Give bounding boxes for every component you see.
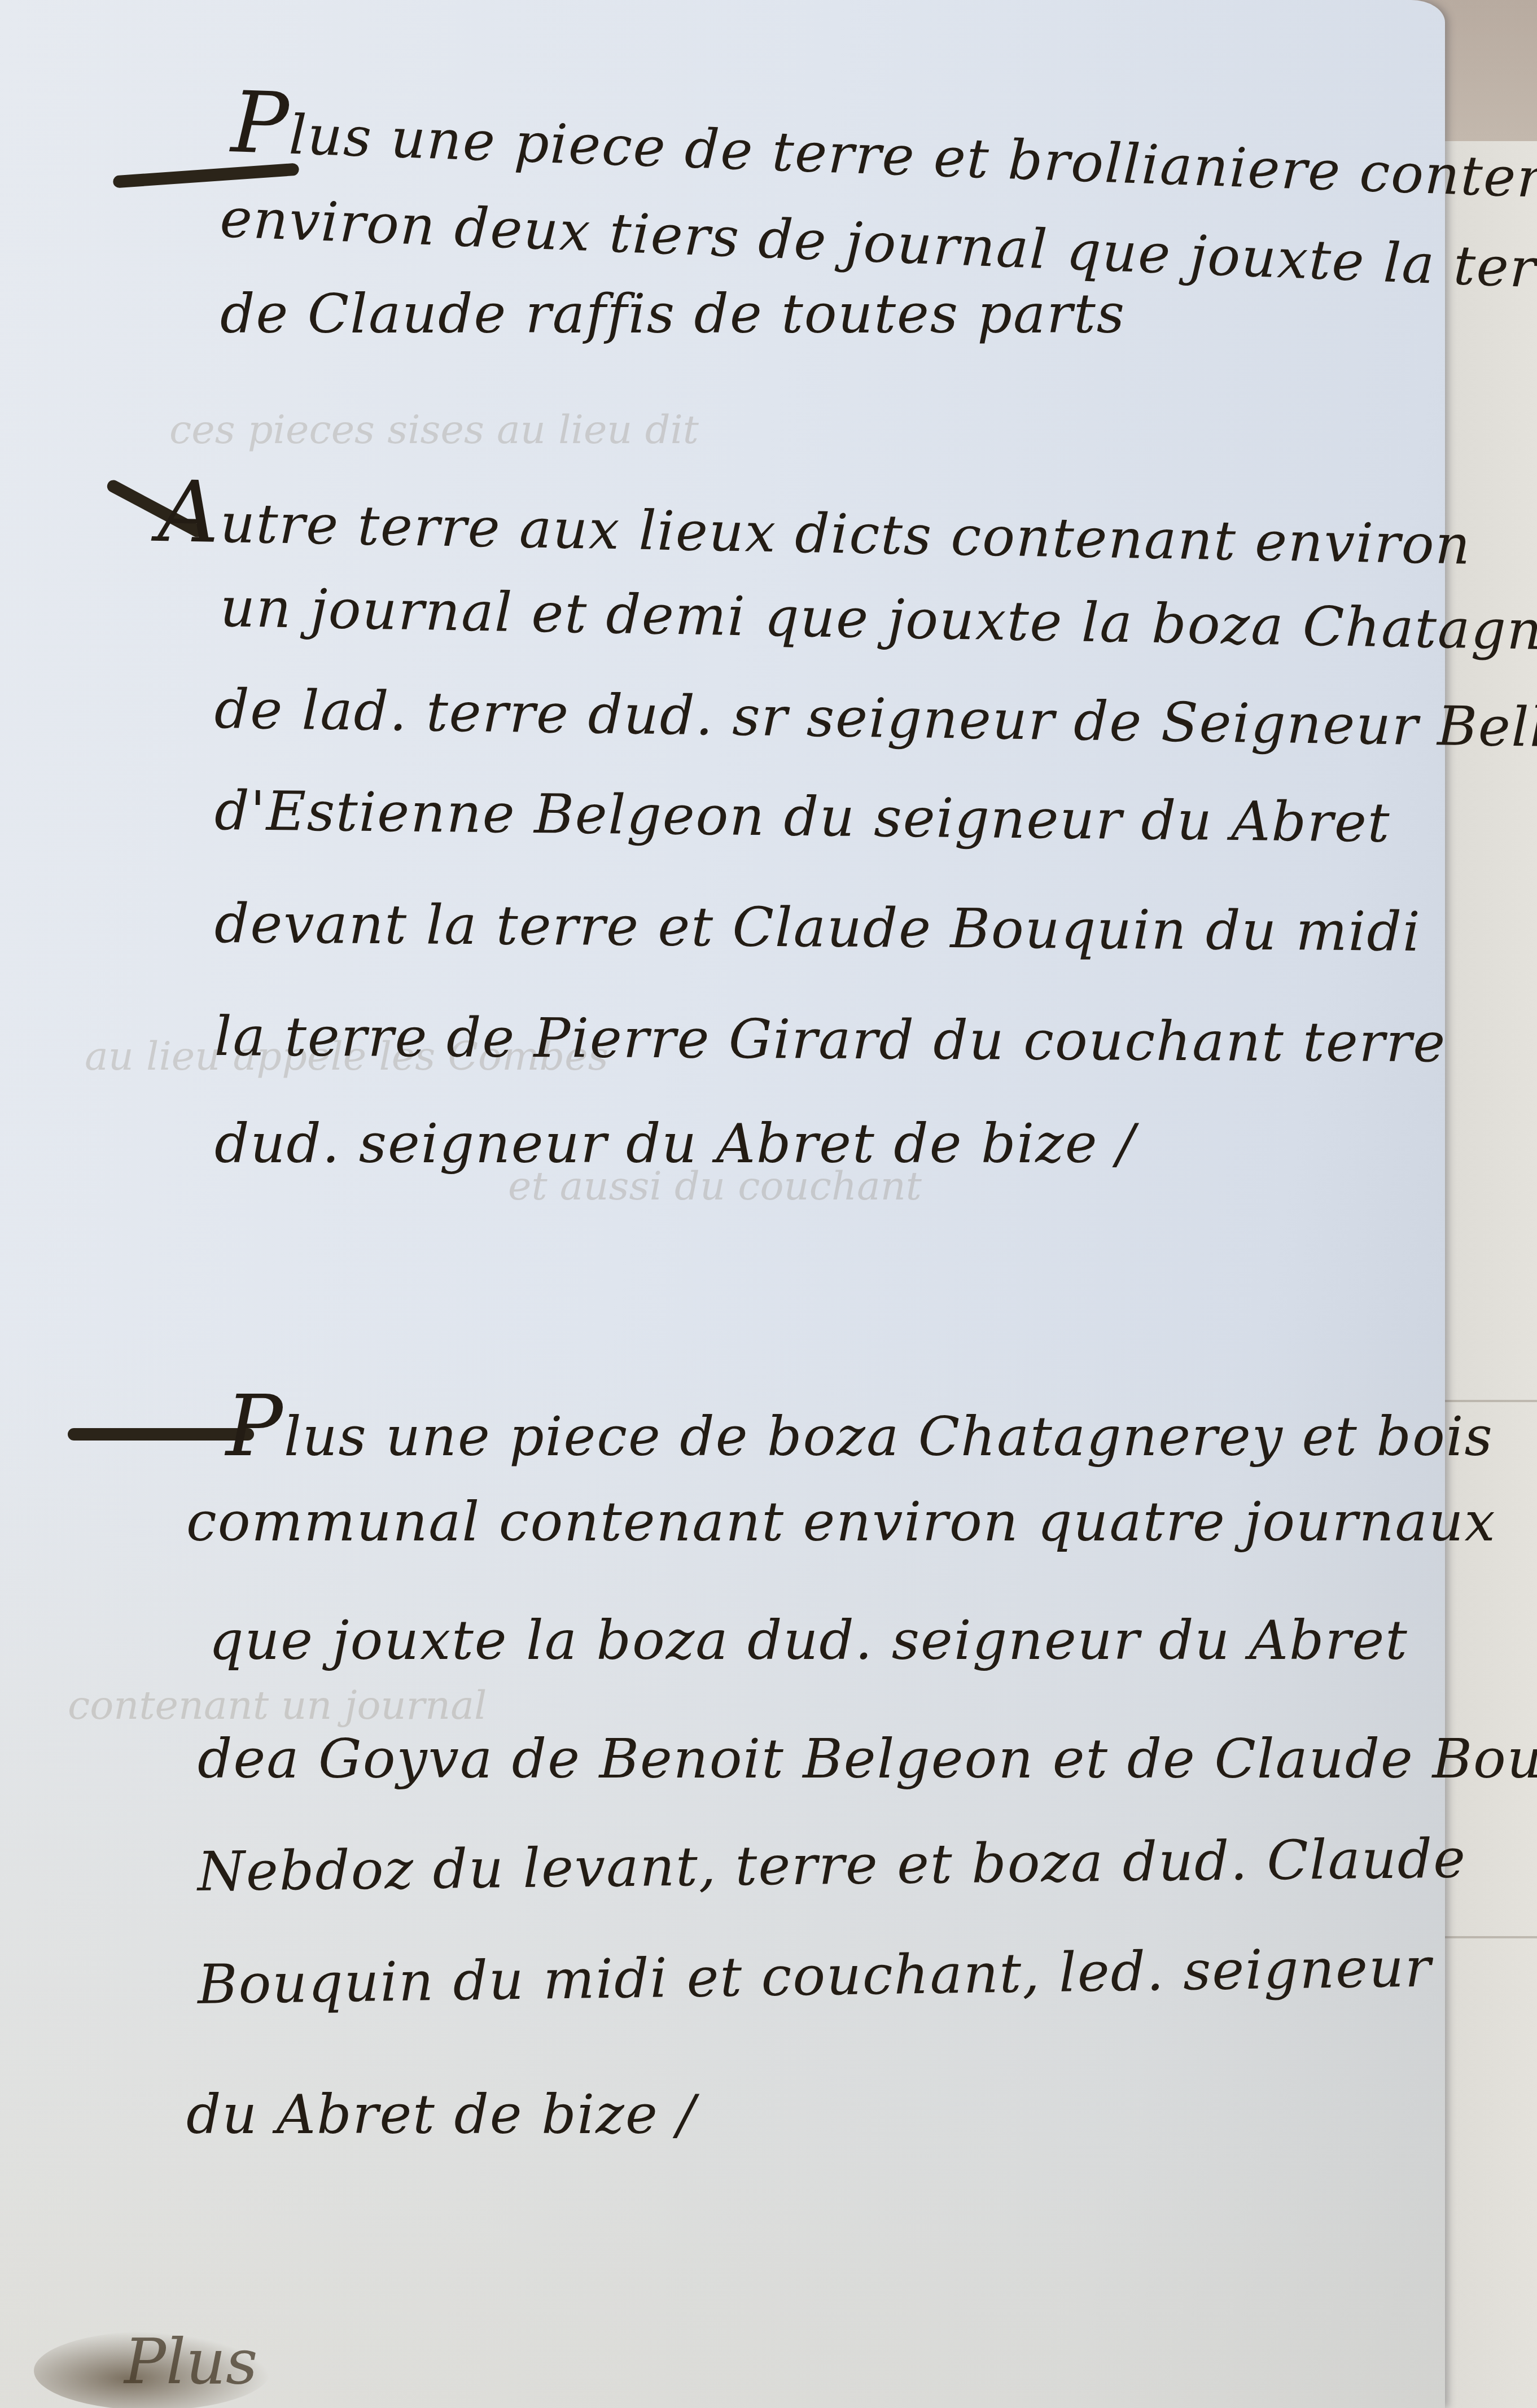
bottom-fragment-text: Plus [124,2326,258,2398]
manuscript-line: Plus une piece de boza Chatagnerey et bo… [226,1377,1494,1476]
manuscript-line: de lad. terre dud. sr seigneur de Seigne… [214,677,1537,760]
manuscript-line: la terre de Pierre Girard du couchant te… [214,1005,1447,1074]
manuscript-line: que jouxte la boza dud. seigneur du Abre… [209,1609,1408,1672]
manuscript-line: un journal et demi que jouxte la boza Ch… [220,576,1537,664]
manuscript-line: Autre terre aux lieux dicts contenant en… [157,463,1472,584]
bleed-through-text: ces pieces sises au lieu dit [169,406,699,453]
manuscript-line: devant la terre et Claude Bouquin du mid… [214,892,1421,964]
manuscript-line: du Abret de bize / [186,2083,697,2146]
manuscript-line: Bouquin du midi et couchant, led. seigne… [197,1936,1432,2016]
manuscript-line: dud. seigneur du Abret de bize / [214,1112,1136,1175]
manuscript-line: de Claude raffis de toutes parts [220,282,1126,345]
bleed-through-text: contenant un journal [68,1682,487,1728]
manuscript-line: Nebdoz du levant, terre et boza dud. Cla… [197,1827,1466,1903]
manuscript-line: dea Goyva de Benoit Belgeon et de Claude… [198,1727,1537,1790]
manuscript-line: d'Estienne Belgeon du seigneur du Abret [214,779,1391,855]
manuscript-page: ces pieces sises au lieu dit au lieu app… [0,0,1445,2408]
manuscript-line: communal contenant environ quatre journa… [186,1490,1496,1553]
